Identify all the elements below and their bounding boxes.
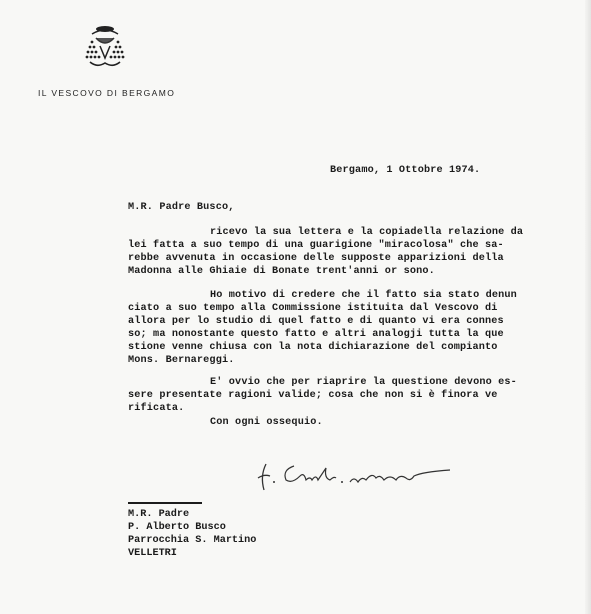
paragraph-line: lei fatta a suo tempo di una guarigione … bbox=[128, 239, 523, 252]
paragraph-line: rebbe avvenuta in occasione delle suppos… bbox=[128, 252, 523, 265]
recipient-address: M.R. Padre P. Alberto Busco Parrocchia S… bbox=[128, 508, 256, 560]
handwritten-signature-icon bbox=[250, 456, 490, 494]
paragraph-line: so; ma nonostante questo fatto e altri a… bbox=[128, 328, 517, 341]
paragraph-line: Ho motivo di credere che il fatto sia st… bbox=[128, 289, 517, 302]
paragraph-line: sere presentate ragioni valide; cosa che… bbox=[128, 389, 517, 402]
paragraph-line: Mons. Bernareggi. bbox=[128, 354, 517, 367]
paragraph-1: ricevo la sua lettera e la copiadella re… bbox=[128, 226, 523, 278]
paragraph-line: ciato a suo tempo alla Commissione istit… bbox=[128, 302, 517, 315]
scan-edge-shadow bbox=[585, 0, 591, 614]
paragraph-line: E' ovvio che per riaprire la questione d… bbox=[128, 376, 517, 389]
letterhead-title: IL VESCOVO DI BERGAMO bbox=[38, 88, 175, 98]
date-line: Bergamo, 1 Ottobre 1974. bbox=[330, 165, 480, 176]
salutation: M.R. Padre Busco, bbox=[128, 202, 234, 213]
address-line: VELLETRI bbox=[128, 547, 256, 560]
paragraph-3: E' ovvio che per riaprire la questione d… bbox=[128, 376, 517, 415]
address-divider bbox=[128, 502, 202, 504]
letter-page: IL VESCOVO DI BERGAMO Bergamo, 1 Ottobre… bbox=[0, 0, 585, 614]
episcopal-coat-of-arms-icon bbox=[82, 24, 128, 70]
paragraph-2: Ho motivo di credere che il fatto sia st… bbox=[128, 289, 517, 367]
paragraph-line: stione venne chiusa con la nota dichiara… bbox=[128, 341, 517, 354]
address-line: M.R. Padre bbox=[128, 508, 256, 521]
paragraph-line: rificata. bbox=[128, 402, 517, 415]
paragraph-line: Madonna alle Ghiaie di Bonate trent'anni… bbox=[128, 265, 523, 278]
paragraph-line: allora per lo studio di quel fatto e di … bbox=[128, 315, 517, 328]
closing: Con ogni ossequio. bbox=[210, 417, 323, 428]
paragraph-line: ricevo la sua lettera e la copiadella re… bbox=[128, 226, 523, 239]
address-line: Parrocchia S. Martino bbox=[128, 534, 256, 547]
address-line: P. Alberto Busco bbox=[128, 521, 256, 534]
